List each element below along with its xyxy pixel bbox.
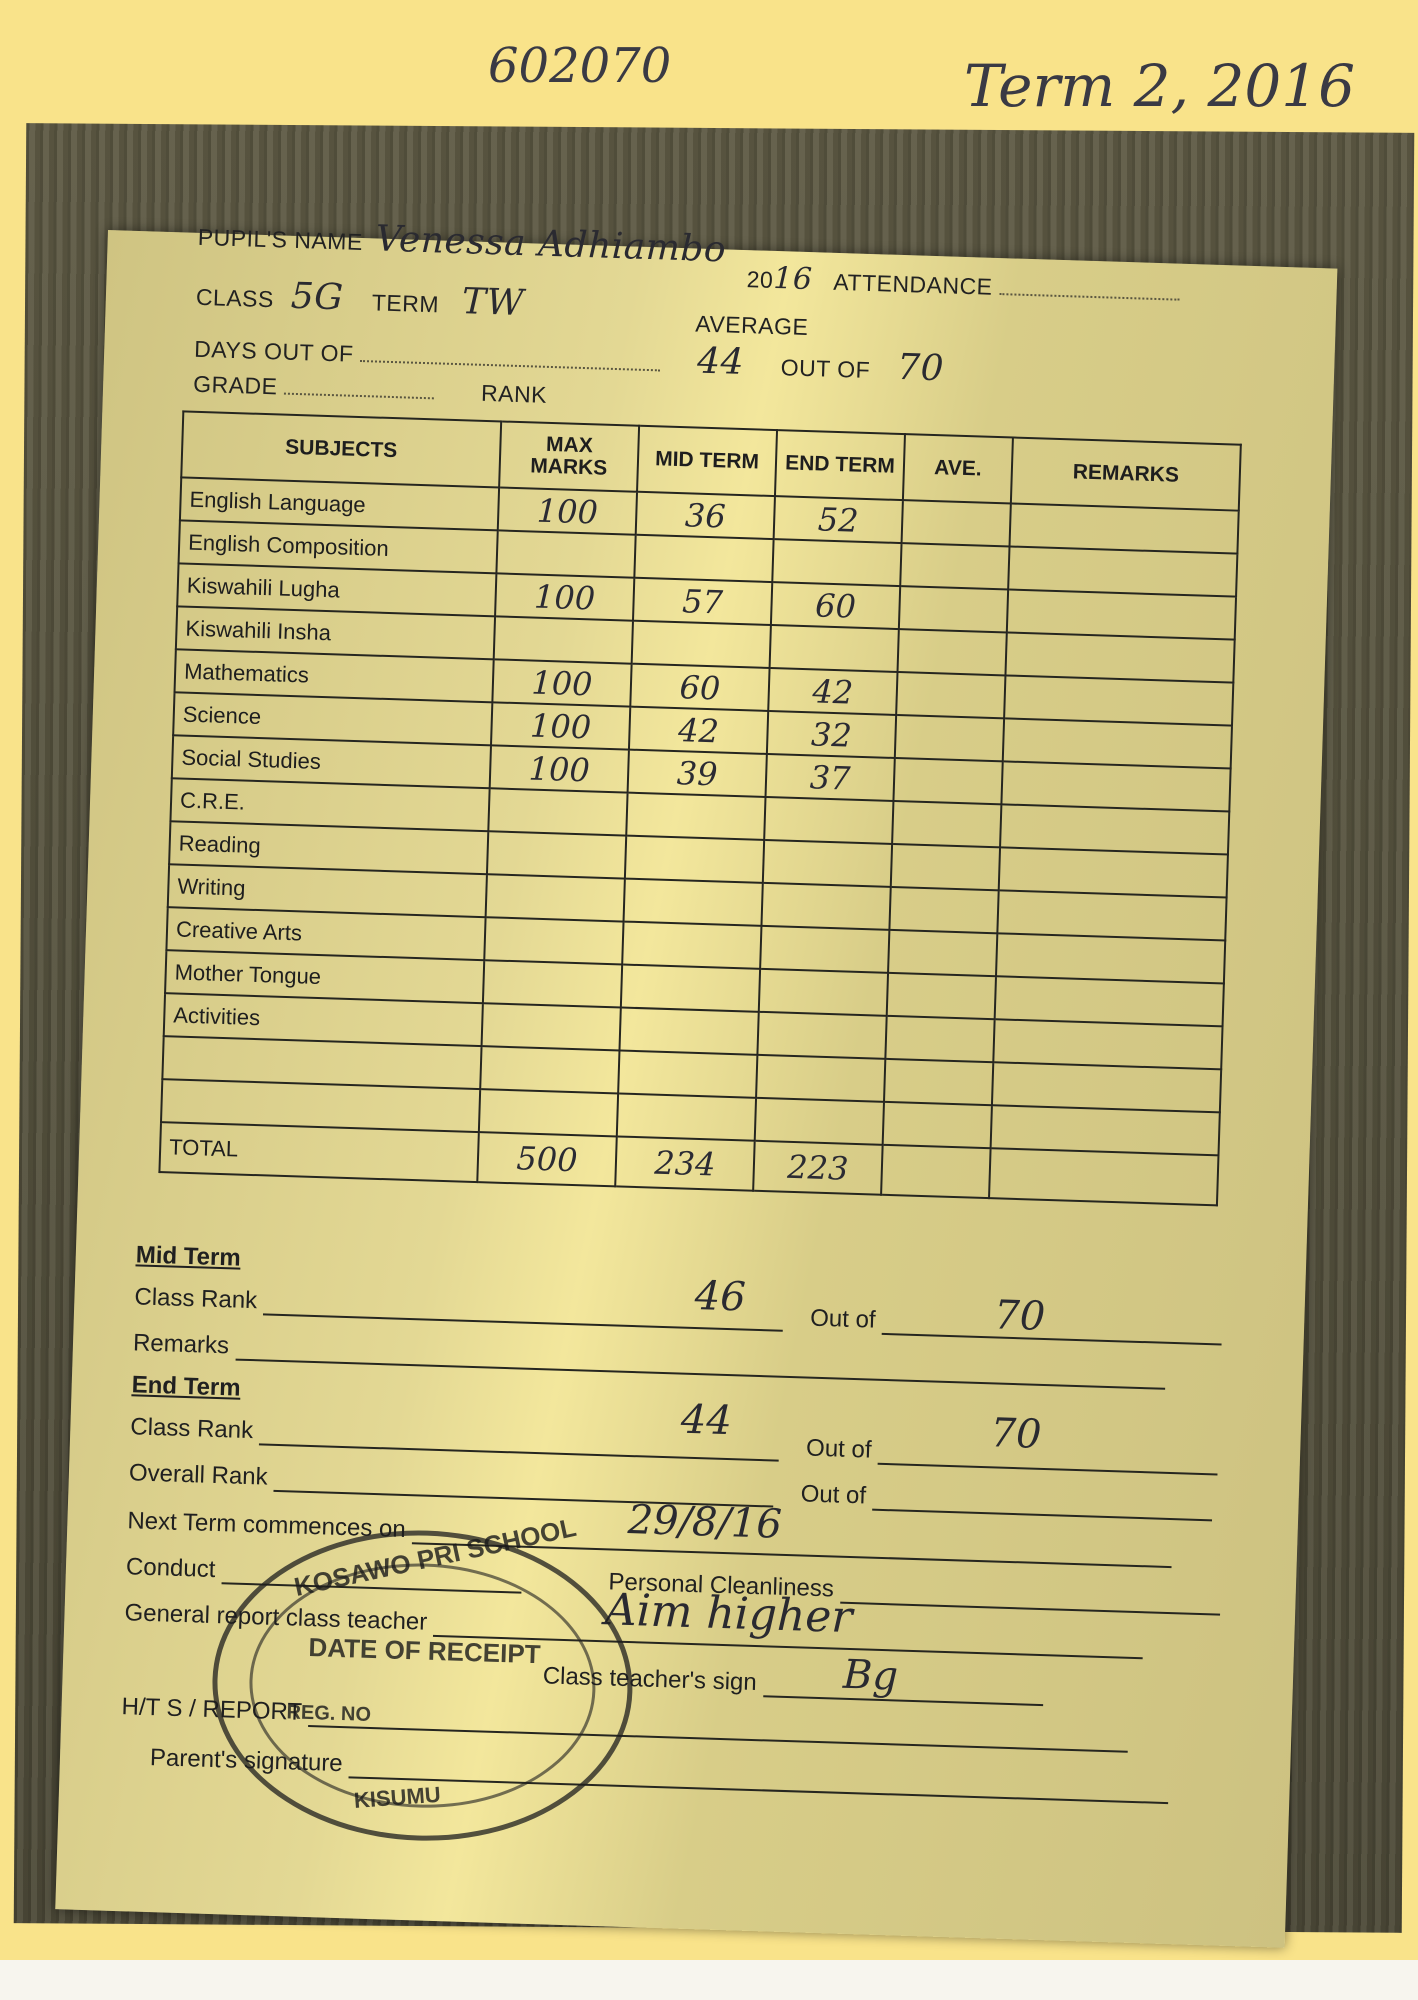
end-term-cell: 52 [774, 496, 903, 543]
end-term-cell: 32 [767, 711, 896, 758]
end-term-cell [756, 1055, 885, 1102]
mid-term-cell: 57 [633, 578, 772, 625]
remarks-cell [1005, 632, 1234, 682]
average-cell [896, 672, 1005, 718]
average-cell [891, 844, 1000, 890]
marks-table: SUBJECTS MAX MARKS MID TERM END TERM AVE… [158, 410, 1241, 1206]
mid-term-cell [625, 836, 764, 883]
mid-out-of-value: 70 [994, 1292, 1046, 1340]
max-marks-cell [484, 917, 623, 964]
end-term-cell [759, 969, 888, 1016]
conduct-label: Conduct [126, 1553, 216, 1583]
average-cell [899, 586, 1008, 632]
out-of-value: 70 [897, 347, 945, 389]
max-marks-cell [494, 616, 633, 663]
total-label: TOTAL [159, 1122, 478, 1182]
scan-id-note: 602070 [488, 38, 671, 94]
end-term-heading: End Term [131, 1371, 241, 1402]
average-cell [883, 1102, 992, 1148]
mid-term-cell [617, 1093, 756, 1140]
mid-term-heading-text: Mid Term [135, 1241, 241, 1271]
remarks-cell [991, 1105, 1220, 1155]
end-out-of-value: 70 [990, 1410, 1042, 1458]
next-term-date: 29/8/16 [627, 1497, 783, 1548]
year-prefix: 20 [746, 266, 773, 293]
end-term-cell [770, 625, 899, 672]
max-marks-cell: 100 [492, 659, 631, 706]
mid-term-cell [622, 922, 761, 969]
scan-bottom-margin [0, 1960, 1418, 2000]
days-out-of-label: DAYS OUT OF [194, 336, 354, 367]
remarks-cell [1004, 675, 1233, 725]
end-term-cell [755, 1098, 884, 1145]
col-subjects: SUBJECTS [181, 411, 501, 487]
total-remarks [989, 1148, 1218, 1205]
end-term-cell [763, 840, 892, 887]
end-term-cell [772, 539, 901, 586]
mid-term-cell [624, 879, 763, 926]
mid-class-rank-value: 46 [694, 1273, 746, 1321]
pupil-name-label: PUPIL'S NAME [197, 224, 363, 255]
remarks-cell [1001, 761, 1230, 811]
mid-term-cell [618, 1050, 757, 1097]
rank-value: 44 [697, 341, 745, 383]
max-marks-cell: 100 [495, 573, 634, 620]
term-value: TW [461, 281, 524, 324]
average-cell [893, 758, 1002, 804]
remarks-cell [1007, 589, 1236, 639]
attendance-label: ATTENDANCE [833, 269, 993, 300]
average-cell [887, 973, 996, 1019]
max-marks-cell: 100 [490, 745, 629, 792]
mid-term-cell [634, 535, 773, 582]
average-cell [884, 1059, 993, 1105]
general-report-value: Aim higher [604, 1584, 853, 1643]
end-term-cell: 42 [768, 668, 897, 715]
end-term-cell [764, 797, 893, 844]
total-end: 223 [753, 1141, 883, 1195]
end-term-heading-text: End Term [131, 1371, 241, 1401]
average-label: AVERAGE [695, 311, 809, 342]
average-cell [900, 543, 1009, 589]
col-end-term: END TERM [775, 430, 905, 500]
remarks-cell [1003, 718, 1232, 768]
max-marks-cell: 100 [491, 702, 630, 749]
max-marks-cell [479, 1089, 618, 1136]
end-term-cell: 60 [771, 582, 900, 629]
class-value: 5G [290, 276, 344, 319]
overall-out-of-label: Out of [800, 1480, 866, 1509]
total-ave [881, 1145, 991, 1198]
average-cell [898, 629, 1007, 675]
remarks-cell [995, 976, 1224, 1026]
end-term-cell [757, 1012, 886, 1059]
grade-row: GRADE RANK [193, 371, 548, 409]
average-cell [892, 801, 1001, 847]
mid-term-cell [632, 621, 771, 668]
remarks-cell [997, 890, 1226, 940]
total-max: 500 [477, 1132, 617, 1186]
mid-term-cell: 42 [629, 707, 768, 754]
average-cell [889, 887, 998, 933]
max-marks-cell [486, 874, 625, 921]
remarks-cell [1010, 503, 1239, 553]
mid-class-rank-label: Class Rank [134, 1283, 258, 1314]
max-marks-cell [480, 1046, 619, 1093]
mid-term-heading: Mid Term [135, 1241, 241, 1272]
class-teacher-signature: Bg [842, 1652, 898, 1700]
year-suffix: 16 [773, 261, 813, 297]
remarks-cell [999, 847, 1228, 897]
remarks-cell [996, 933, 1225, 983]
end-term-cell [760, 926, 889, 973]
remarks-cell [1000, 804, 1229, 854]
overall-rank-label: Overall Rank [129, 1459, 268, 1490]
max-marks-cell [496, 530, 635, 577]
mid-term-cell: 39 [628, 750, 767, 797]
col-max-marks: MAX MARKS [499, 421, 639, 491]
term-label: TERM [371, 289, 439, 317]
mid-term-cell [619, 1007, 758, 1054]
average-cell [885, 1016, 994, 1062]
remarks-cell [992, 1062, 1221, 1112]
max-marks-cell [488, 788, 627, 835]
out-of-label: OUT OF [780, 354, 870, 383]
average-cell [888, 930, 997, 976]
mid-term-cell: 36 [636, 492, 775, 539]
end-term-cell: 37 [766, 754, 895, 801]
max-marks-cell: 100 [498, 487, 637, 534]
remarks-cell [993, 1019, 1222, 1069]
class-term-row: CLASS 5G TERM TW [195, 273, 524, 324]
col-average: AVE. [903, 434, 1013, 503]
end-out-of-label: Out of [806, 1435, 872, 1464]
max-marks-cell [483, 960, 622, 1007]
class-label: CLASS [196, 284, 275, 312]
remarks-cell [1008, 546, 1237, 596]
max-marks-cell [482, 1003, 621, 1050]
mid-term-cell [626, 793, 765, 840]
col-remarks: REMARKS [1011, 438, 1241, 511]
end-term-cell [761, 883, 890, 930]
max-marks-cell [487, 831, 626, 878]
term-note: Term 2, 2016 [964, 52, 1355, 120]
rank-label: RANK [481, 380, 548, 408]
average-cell [895, 715, 1004, 761]
mid-out-of-label: Out of [810, 1305, 876, 1334]
end-class-rank-label: Class Rank [130, 1413, 254, 1444]
total-mid: 234 [615, 1136, 755, 1190]
stamp-reg: REG. NO [286, 1701, 371, 1727]
mid-remarks-label: Remarks [133, 1329, 230, 1359]
average-cell [902, 500, 1011, 546]
attendance-row: 2016 ATTENDANCE [746, 260, 1180, 309]
report-card: PUPIL'S NAME Venessa Adhiambo 2016 ATTEN… [55, 230, 1337, 1948]
col-mid-term: MID TERM [637, 426, 777, 496]
mid-term-cell: 60 [630, 664, 769, 711]
stamp-address: KISUMU [353, 1782, 441, 1814]
grade-label: GRADE [193, 371, 278, 400]
end-class-rank-value: 44 [680, 1397, 732, 1445]
mid-term-cell [621, 965, 760, 1012]
